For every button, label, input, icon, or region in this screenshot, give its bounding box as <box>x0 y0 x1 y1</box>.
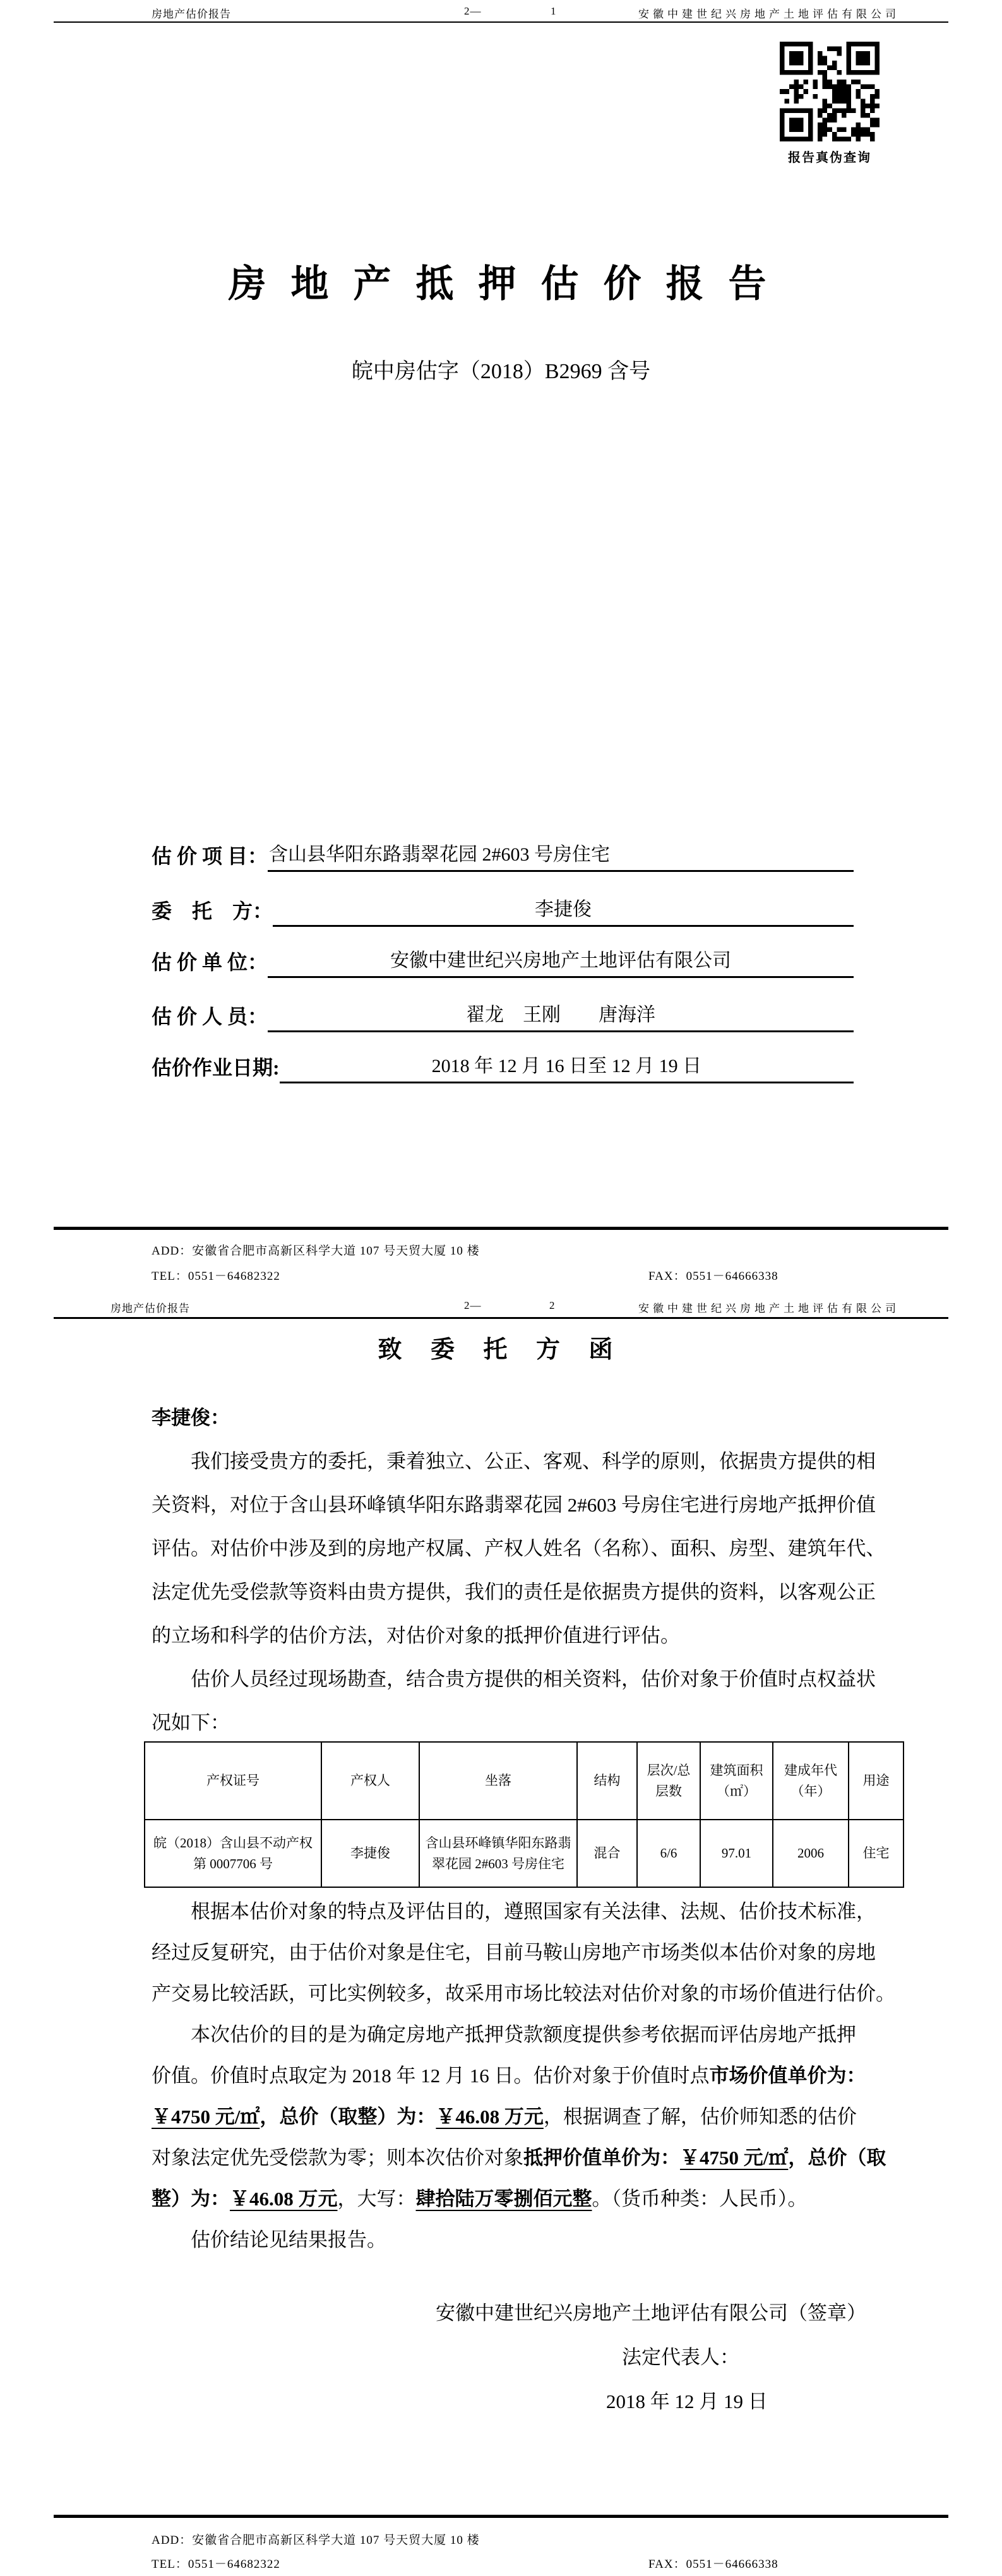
table-row: 皖（2018）含山县不动产权第 0007706 号 李捷俊 含山县环峰镇华阳东路… <box>145 1820 904 1887</box>
text-segment: 关资料，对位于含山县环峰镇华阳东路翡翠花园 2#603 号房住宅进行房地产抵押价… <box>152 1494 876 1516</box>
highlighted-value: ￥4750 元/㎡ <box>680 2147 788 2169</box>
table-header-cell: 用途 <box>849 1742 904 1820</box>
text-segment: 。（货币种类：人民币）。 <box>592 2188 808 2210</box>
page1-header-page-group: 2— <box>464 5 482 18</box>
table-cell-location: 含山县环峰镇华阳东路翡翠花园 2#603 号房住宅 <box>419 1820 577 1887</box>
field-value: 安徽中建世纪兴房地产土地评估有限公司 <box>268 945 854 978</box>
table-cell-certificate: 皖（2018）含山县不动产权第 0007706 号 <box>145 1820 321 1887</box>
field-row-client: 委 托 方： 李捷俊 <box>152 893 854 927</box>
page2-header-left: 房地产估价报告 <box>110 1299 190 1315</box>
table-header-row: 产权证号 产权人 坐落 结构 层次/总层数 建筑面积（㎡） 建成年代（年） 用途 <box>145 1742 904 1820</box>
field-label: 估 价 人 员： <box>152 1001 268 1032</box>
signature-legal-representative: 法定代表人： <box>622 2341 739 2370</box>
text-segment: 估价人员经过现场勘查，结合贵方提供的相关资料，估价对象于价值时点权益状 <box>191 1668 876 1690</box>
page2-header-company: 安徽中建世纪兴房地产土地评估有限公司 <box>638 1299 900 1315</box>
table-header-cell: 建筑面积（㎡） <box>700 1742 773 1820</box>
page2-header-page-number: 2 <box>549 1299 556 1312</box>
text-segment: 估价结论见结果报告。 <box>191 2229 386 2251</box>
salutation: 李捷俊： <box>152 1402 230 1430</box>
highlighted-value: ￥4750 元/㎡ <box>152 2106 259 2128</box>
field-value: 2018 年 12 月 16 日至 12 月 19 日 <box>280 1050 854 1083</box>
body-line: 价值。价值时点取定为 2018 年 12 月 16 日。估价对象于价值时点市场价… <box>152 2063 957 2089</box>
table-header-cell: 层次/总层数 <box>637 1742 700 1820</box>
field-value: 李捷俊 <box>273 893 854 927</box>
body-line: 法定优先受偿款等资料由贵方提供，我们的责任是依据贵方提供的资料，以客观公正 <box>152 1580 957 1605</box>
body-line: 产交易比较活跃，可比实例较多，故采用市场比较法对估价对象的市场价值进行估价。 <box>152 1981 957 2007</box>
body-line: 整）为：￥46.08 万元，大写：肆拾陆万零捌佰元整。（货币种类：人民币）。 <box>152 2186 957 2212</box>
text-segment: 对象法定优先受偿款为零；则本次估价对象 <box>152 2147 523 2169</box>
field-row-work-date: 估价作业日期: 2018 年 12 月 16 日至 12 月 19 日 <box>152 1050 854 1083</box>
page1-header-left: 房地产估价报告 <box>152 5 231 21</box>
page1-footer-tel: TEL：0551－64682322 <box>152 1267 280 1284</box>
text-segment: 抵押价值单价为： <box>523 2147 680 2169</box>
table-header-cell: 建成年代（年） <box>773 1742 849 1820</box>
field-label: 估价作业日期: <box>152 1052 280 1083</box>
qr-code <box>780 42 880 141</box>
document-scan: 房地产估价报告 2— 1 安徽中建世纪兴房地产土地评估有限公司 报告真伪查询 房… <box>0 0 1002 2576</box>
text-segment: ，总价（取 <box>788 2147 886 2169</box>
page1-footer-address: ADD：安徽省合肥市高新区科学大道 107 号天贸大厦 10 楼 <box>152 1241 480 1258</box>
table-cell-structure: 混合 <box>577 1820 637 1887</box>
page2-footer-address: ADD：安徽省合肥市高新区科学大道 107 号天贸大厦 10 楼 <box>152 2531 480 2548</box>
field-label: 估 价 项 目： <box>152 840 268 872</box>
text-segment: 产交易比较活跃，可比实例较多，故采用市场比较法对估价对象的市场价值进行估价。 <box>152 1983 895 2005</box>
qr-caption: 报告真伪查询 <box>780 147 880 165</box>
text-segment: 本次估价的目的是为确定房地产抵押贷款额度提供参考依据而评估房地产抵押 <box>191 2024 856 2046</box>
report-title: 房 地 产 抵 押 估 价 报 告 <box>0 254 1002 308</box>
body-line: 关资料，对位于含山县环峰镇华阳东路翡翠花园 2#603 号房住宅进行房地产抵押价… <box>152 1493 957 1518</box>
text-segment: ，大写： <box>338 2188 416 2210</box>
body-line: 根据本估价对象的特点及评估目的，遵照国家有关法律、法规、估价技术标准， <box>152 1899 957 1924</box>
text-segment: 评估。对估价中涉及到的房地产权属、产权人姓名（名称）、面积、房型、建筑年代、 <box>152 1537 886 1559</box>
highlighted-value: ￥46.08 万元 <box>436 2106 544 2128</box>
text-segment: 价值。价值时点取定为 2018 年 12 月 16 日。估价对象于价值时点 <box>152 2065 710 2087</box>
text-segment: ，根据调查了解，估价师知悉的估价 <box>544 2106 857 2128</box>
field-row-agency: 估 价 单 位： 安徽中建世纪兴房地产土地评估有限公司 <box>152 945 854 978</box>
text-segment: 整）为： <box>152 2188 230 2210</box>
body-line: 评估。对估价中涉及到的房地产权属、产权人姓名（名称）、面积、房型、建筑年代、 <box>152 1536 957 1561</box>
table-header-cell: 坐落 <box>419 1742 577 1820</box>
table-header-cell: 产权人 <box>321 1742 419 1820</box>
signature-company: 安徽中建世纪兴房地产土地评估有限公司（签章） <box>436 2297 866 2325</box>
text-segment: 我们接受贵方的委托，秉着独立、公正、客观、科学的原则，依据贵方提供的相 <box>191 1450 876 1472</box>
body-line: 我们接受贵方的委托，秉着独立、公正、客观、科学的原则，依据贵方提供的相 <box>152 1449 957 1474</box>
field-label: 估 价 单 位： <box>152 946 268 978</box>
page1-header-rule <box>54 21 948 23</box>
field-row-project: 估 价 项 目： 含山县华阳东路翡翠花园 2#603 号房住宅 <box>152 838 854 872</box>
text-segment: 况如下： <box>152 1712 230 1734</box>
page2-footer-rule <box>54 2515 948 2518</box>
table-cell-floor: 6/6 <box>637 1820 700 1887</box>
page2-footer-fax: FAX：0551－64666338 <box>648 2555 778 2572</box>
field-value: 含山县华阳东路翡翠花园 2#603 号房住宅 <box>268 838 854 872</box>
page1-header-page-number: 1 <box>551 5 557 18</box>
body-line: 况如下： <box>152 1710 957 1736</box>
text-segment: 的立场和科学的估价方法，对估价对象的抵押价值进行评估。 <box>152 1625 680 1647</box>
body-line: 的立场和科学的估价方法，对估价对象的抵押价值进行评估。 <box>152 1623 957 1649</box>
body-line: 本次估价的目的是为确定房地产抵押贷款额度提供参考依据而评估房地产抵押 <box>152 2022 957 2048</box>
body-line: 对象法定优先受偿款为零；则本次估价对象抵押价值单价为：￥4750 元/㎡，总价（… <box>152 2145 957 2171</box>
highlighted-value: ￥46.08 万元 <box>230 2188 338 2210</box>
text-segment: ，总价（取整）为： <box>259 2106 436 2128</box>
highlighted-value: 肆拾陆万零捌佰元整 <box>416 2188 592 2210</box>
text-segment: 市场价值单价为： <box>710 2065 866 2087</box>
field-value: 翟龙 王刚 唐海洋 <box>268 999 854 1032</box>
text-segment: 经过反复研究，由于估价对象是住宅，目前马鞍山房地产市场类似本估价对象的房地 <box>152 1941 876 1964</box>
page1-header-company: 安徽中建世纪兴房地产土地评估有限公司 <box>638 5 900 21</box>
qr-block: 报告真伪查询 <box>780 42 880 165</box>
table-header-cell: 结构 <box>577 1742 637 1820</box>
table-cell-year: 2006 <box>773 1820 849 1887</box>
table-cell-area: 97.01 <box>700 1820 773 1887</box>
body-line: 估价人员经过现场勘查，结合贵方提供的相关资料，估价对象于价值时点权益状 <box>152 1667 957 1692</box>
page1-footer-rule <box>54 1227 948 1230</box>
text-segment: 法定优先受偿款等资料由贵方提供，我们的责任是依据贵方提供的资料，以客观公正 <box>152 1581 876 1603</box>
page1-footer-fax: FAX：0551－64666338 <box>648 1267 778 1284</box>
letter-title: 致 委 托 方 函 <box>0 1330 1002 1364</box>
document-number: 皖中房估字（2018）B2969 含号 <box>0 354 1002 385</box>
body-line: 经过反复研究，由于估价对象是住宅，目前马鞍山房地产市场类似本估价对象的房地 <box>152 1940 957 1965</box>
table-cell-owner: 李捷俊 <box>321 1820 419 1887</box>
page2-header-page-group: 2— <box>464 1299 482 1312</box>
table-cell-use: 住宅 <box>849 1820 904 1887</box>
page2-header-rule <box>54 1317 948 1319</box>
body-line: 估价结论见结果报告。 <box>152 2227 957 2253</box>
field-row-appraisers: 估 价 人 员： 翟龙 王刚 唐海洋 <box>152 999 854 1032</box>
page2-footer-tel: TEL：0551－64682322 <box>152 2555 280 2572</box>
table-header-cell: 产权证号 <box>145 1742 321 1820</box>
body-line: ￥4750 元/㎡，总价（取整）为：￥46.08 万元，根据调查了解，估价师知悉… <box>152 2104 957 2130</box>
text-segment: 根据本估价对象的特点及评估目的，遵照国家有关法律、法规、估价技术标准， <box>191 1900 876 1923</box>
field-label: 委 托 方： <box>152 895 273 927</box>
signature-date: 2018 年 12 月 19 日 <box>606 2385 768 2414</box>
property-rights-table: 产权证号 产权人 坐落 结构 层次/总层数 建筑面积（㎡） 建成年代（年） 用途… <box>144 1741 904 1888</box>
